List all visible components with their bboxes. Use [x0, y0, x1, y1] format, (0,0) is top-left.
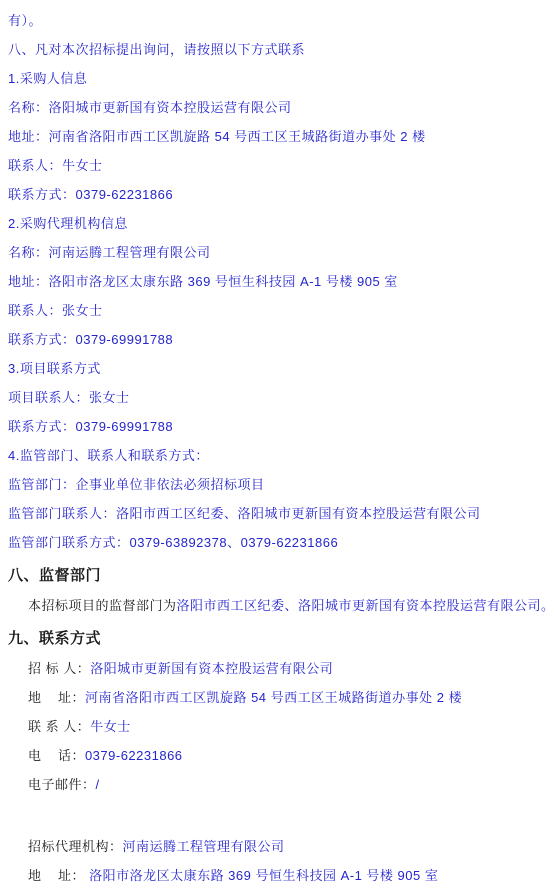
regulator-contact-person: 监管部门联系人：洛阳市西工区纪委、洛阳城市更新国有资本控股运营有限公司 [8, 499, 546, 528]
text-segment: / [96, 777, 100, 792]
agency-name: 名称：河南运腾工程管理有限公司 [8, 238, 546, 267]
text-segment: 本招标项目的监督部门为 [28, 598, 177, 613]
text-segment: 联 系 人： [28, 719, 90, 734]
agency-address: 地址：洛阳市洛龙区太康东路 369 号恒生科技园 A-1 号楼 905 室 [8, 267, 546, 296]
text-segment: 0379-62231866 [85, 748, 183, 763]
text-segment: 2.采购代理机构信息 [8, 216, 128, 231]
text-segment: 4.监管部门、联系人和联系方式： [8, 448, 209, 463]
purchaser-address: 地址：河南省洛阳市西工区凯旋路 54 号西工区王城路街道办事处 2 楼 [8, 122, 546, 151]
tenderer-email: 电子邮件：/ [8, 770, 546, 799]
text-segment: 联系方式：0379-62231866 [8, 187, 173, 202]
text-segment: 项目联系人：张女士 [8, 390, 130, 405]
tenderer-contact-person: 联 系 人：牛女士 [8, 712, 546, 741]
text-segment: 1.采购人信息 [8, 71, 87, 86]
tenderer-address: 地 址：河南省洛阳市西工区凯旋路 54 号西工区王城路街道办事处 2 楼 [8, 683, 546, 712]
text-segment: 3.项目联系方式 [8, 361, 101, 376]
overflow-text: 有）。 [8, 6, 546, 35]
text-segment: 监管部门：企事业单位非依法必须招标项目 [8, 477, 265, 492]
text-segment: 监管部门联系方式：0379-63892378、0379-62231866 [8, 535, 338, 550]
regulator-contact-phone: 监管部门联系方式：0379-63892378、0379-62231866 [8, 528, 546, 557]
text-segment: 洛阳城市更新国有资本控股运营有限公司 [90, 661, 333, 676]
purchaser-contact-person: 联系人：牛女士 [8, 151, 546, 180]
agency-contact-person: 联系人：张女士 [8, 296, 546, 325]
text-segment: 招标代理机构： [28, 839, 123, 854]
text-segment: 联系人：牛女士 [8, 158, 103, 173]
text-segment: 河南省洛阳市西工区凯旋路 54 号西工区王城路街道办事处 2 楼 [85, 690, 462, 705]
project-contact-heading: 3.项目联系方式 [8, 354, 546, 383]
agency-info-heading: 2.采购代理机构信息 [8, 209, 546, 238]
text-segment: 地 址： [28, 868, 89, 883]
purchaser-info-heading: 1.采购人信息 [8, 64, 546, 93]
agent-name: 招标代理机构：河南运腾工程管理有限公司 [8, 832, 546, 861]
purchaser-name: 名称：洛阳城市更新国有资本控股运营有限公司 [8, 93, 546, 122]
tenderer-name: 招 标 人：洛阳城市更新国有资本控股运营有限公司 [8, 654, 546, 683]
regulator-heading: 4.监管部门、联系人和联系方式： [8, 441, 546, 470]
text-segment: 联系方式：0379-69991788 [8, 332, 173, 347]
text-segment: 八、凡对本次招标提出询问，请按照以下方式联系 [8, 42, 305, 57]
project-contact-person: 项目联系人：张女士 [8, 383, 546, 412]
text-segment: 地址：洛阳市洛龙区太康东路 369 号恒生科技园 A-1 号楼 905 室 [8, 274, 398, 289]
document-page: 有）。八、凡对本次招标提出询问，请按照以下方式联系1.采购人信息名称：洛阳城市更… [0, 0, 554, 892]
text-segment: 牛女士 [90, 719, 131, 734]
tenderer-phone: 电 话：0379-62231866 [8, 741, 546, 770]
text-segment: 地址：河南省洛阳市西工区凯旋路 54 号西工区王城路街道办事处 2 楼 [8, 129, 426, 144]
text-segment: 洛阳市洛龙区太康东路 369 号恒生科技园 A-1 号楼 905 室 [89, 868, 438, 883]
purchaser-contact-phone: 联系方式：0379-62231866 [8, 180, 546, 209]
text-segment: 联系方式：0379-69991788 [8, 419, 173, 434]
text-segment: 电 话： [28, 748, 85, 763]
project-contact-phone: 联系方式：0379-69991788 [8, 412, 546, 441]
text-segment: 洛阳市西工区纪委、洛阳城市更新国有资本控股运营有限公司。 [177, 598, 554, 613]
agency-contact-phone: 联系方式：0379-69991788 [8, 325, 546, 354]
text-segment: 联系人：张女士 [8, 303, 103, 318]
text-segment: 有）。 [8, 13, 42, 28]
text-segment: 监管部门联系人：洛阳市西工区纪委、洛阳城市更新国有资本控股运营有限公司 [8, 506, 481, 521]
text-segment: 名称：洛阳城市更新国有资本控股运营有限公司 [8, 100, 292, 115]
regulator-dept: 监管部门：企事业单位非依法必须招标项目 [8, 470, 546, 499]
blank-line [8, 799, 546, 832]
text-segment: 地 址： [28, 690, 85, 705]
supervision-paragraph: 本招标项目的监督部门为洛阳市西工区纪委、洛阳城市更新国有资本控股运营有限公司。 [8, 591, 546, 620]
text-segment: 河南运腾工程管理有限公司 [123, 839, 285, 854]
text-segment: 九、联系方式 [8, 630, 101, 647]
text-segment: 八、监督部门 [8, 567, 101, 584]
document-body: 有）。八、凡对本次招标提出询问，请按照以下方式联系1.采购人信息名称：洛阳城市更… [8, 6, 546, 890]
text-segment: 名称：河南运腾工程管理有限公司 [8, 245, 211, 260]
section-8-supervision-title: 八、监督部门 [8, 561, 546, 591]
agent-address: 地 址： 洛阳市洛龙区太康东路 369 号恒生科技园 A-1 号楼 905 室 [8, 861, 546, 890]
section-9-contact-title: 九、联系方式 [8, 624, 546, 654]
text-segment: 招 标 人： [28, 661, 90, 676]
inquiry-contact-heading: 八、凡对本次招标提出询问，请按照以下方式联系 [8, 35, 546, 64]
text-segment: 电子邮件： [28, 777, 96, 792]
